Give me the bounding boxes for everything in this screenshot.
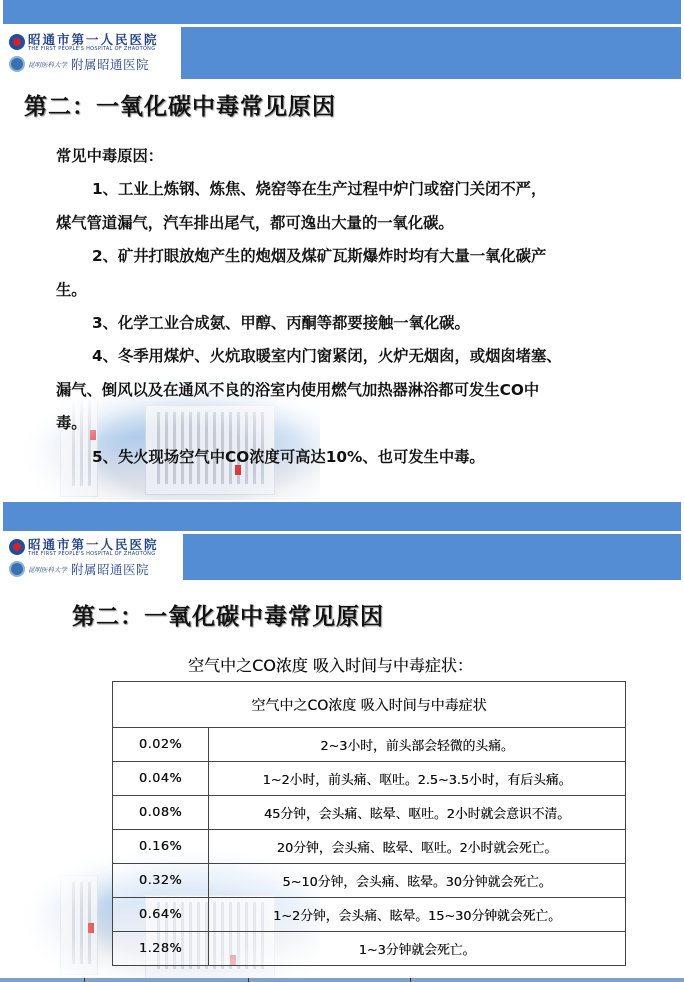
slide-title: 第二：一氧化碳中毒常见原因 <box>24 88 336 121</box>
symptoms-cell: 1~3分钟就会死亡。 <box>209 932 626 966</box>
university-emblem-icon <box>9 56 25 72</box>
intro-line: 常见中毒原因： <box>56 140 668 173</box>
hospital-name: 昭通市第一人民医院 <box>28 538 159 551</box>
table-row: 1.28% 1~3分钟就会死亡。 <box>113 932 626 966</box>
co-concentration-table: 空气中之CO浓度 吸入时间与中毒症状 0.02% 2~3小时，前头部会轻微的头痛… <box>112 681 626 966</box>
header-band <box>3 0 681 24</box>
cause-2-line-2: 生。 <box>56 274 668 307</box>
concentration-cell: 0.16% <box>113 830 209 864</box>
cause-1-line-1: 1、工业上炼钢、炼焦、烧窑等在生产过程中炉门或窑门关闭不严， <box>56 173 668 206</box>
logo-strip: 昭通市第一人民医院 THE FIRST PEOPLE'S HOSPITAL OF… <box>3 27 681 79</box>
hospital-emblem-icon <box>9 539 25 555</box>
cause-1-line-2: 煤气管道漏气，汽车排出尾气，都可逸出大量的一氧化碳。 <box>56 207 668 240</box>
slide-1: 昭通市第一人民医院 THE FIRST PEOPLE'S HOSPITAL OF… <box>0 0 684 500</box>
concentration-cell: 1.28% <box>113 932 209 966</box>
symptoms-cell: 1~2小时，前头痛、呕吐。2.5~3.5小时，有后头痛。 <box>209 762 626 796</box>
affiliation-name: 附属昭通医院 <box>71 560 149 578</box>
concentration-cell: 0.08% <box>113 796 209 830</box>
symptoms-cell: 1~2分钟，会头痛、眩晕。15~30分钟就会死亡。 <box>209 898 626 932</box>
cause-5-line-1: 5、失火现场空气中CO浓度可高达10%、也可发生中毒。 <box>56 441 668 474</box>
table-row: 0.64% 1~2分钟，会头痛、眩晕。15~30分钟就会死亡。 <box>113 898 626 932</box>
cause-4-line-1: 4、冬季用煤炉、火炕取暖室内门窗紧闭，火炉无烟囱，或烟囱堵塞、 <box>56 340 668 373</box>
concentration-cell: 0.02% <box>113 728 209 762</box>
hospital-english-name: THE FIRST PEOPLE'S HOSPITAL OF ZHAOTONG <box>28 551 159 557</box>
concentration-cell: 0.04% <box>113 762 209 796</box>
slide-2: 昭通市第一人民医院 THE FIRST PEOPLE'S HOSPITAL OF… <box>0 500 684 982</box>
symptoms-cell: 5~10分钟，会头痛、眩晕。30分钟就会死亡。 <box>209 864 626 898</box>
table-header: 空气中之CO浓度 吸入时间与中毒症状 <box>113 682 626 728</box>
table-row: 0.32% 5~10分钟，会头痛、眩晕。30分钟就会死亡。 <box>113 864 626 898</box>
hospital-logo: 昭通市第一人民医院 THE FIRST PEOPLE'S HOSPITAL OF… <box>3 27 181 79</box>
cause-2-line-1: 2、矿井打眼放炮产生的炮烟及煤矿瓦斯爆炸时均有大量一氧化碳产 <box>56 240 668 273</box>
table-row: 0.08% 45分钟，会头痛、眩晕、呕吐。2小时就会意识不清。 <box>113 796 626 830</box>
hospital-emblem-icon <box>9 34 25 50</box>
university-name: 昆明医科大学 <box>28 60 67 69</box>
bottom-bar <box>0 978 684 982</box>
table-row: 0.16% 20分钟，会头痛、眩晕、呕吐。2小时就会死亡。 <box>113 830 626 864</box>
concentration-cell: 0.64% <box>113 898 209 932</box>
logo-strip: 昭通市第一人民医院 THE FIRST PEOPLE'S HOSPITAL OF… <box>3 534 681 580</box>
university-name: 昆明医科大学 <box>28 565 67 574</box>
symptoms-cell: 45分钟，会头痛、眩晕、呕吐。2小时就会意识不清。 <box>209 796 626 830</box>
cause-4-line-3: 毒。 <box>56 407 668 440</box>
table-caption: 空气中之CO浓度 吸入时间与中毒症状： <box>188 653 473 676</box>
table-row: 0.04% 1~2小时，前头痛、呕吐。2.5~3.5小时，有后头痛。 <box>113 762 626 796</box>
header-band <box>3 502 681 531</box>
slide-title: 第二：一氧化碳中毒常见原因 <box>72 598 384 631</box>
symptoms-cell: 20分钟，会头痛、眩晕、呕吐。2小时就会死亡。 <box>209 830 626 864</box>
university-emblem-icon <box>9 561 25 577</box>
cause-3-line-1: 3、化学工业合成氨、甲醇、丙酮等都要接触一氧化碳。 <box>56 307 668 340</box>
concentration-cell: 0.32% <box>113 864 209 898</box>
hospital-english-name: THE FIRST PEOPLE'S HOSPITAL OF ZHAOTONG <box>28 46 159 52</box>
causes-text: 常见中毒原因： 1、工业上炼钢、炼焦、烧窑等在生产过程中炉门或窑门关闭不严， 煤… <box>56 140 668 474</box>
symptoms-cell: 2~3小时，前头部会轻微的头痛。 <box>209 728 626 762</box>
table-row: 0.02% 2~3小时，前头部会轻微的头痛。 <box>113 728 626 762</box>
cause-4-line-2: 漏气、倒风以及在通风不良的浴室内使用燃气加热器淋浴都可发生CO中 <box>56 374 668 407</box>
affiliation-name: 附属昭通医院 <box>71 55 149 73</box>
hospital-logo: 昭通市第一人民医院 THE FIRST PEOPLE'S HOSPITAL OF… <box>3 534 183 580</box>
table-header-row: 空气中之CO浓度 吸入时间与中毒症状 <box>113 682 626 728</box>
hospital-name: 昭通市第一人民医院 <box>28 33 159 46</box>
